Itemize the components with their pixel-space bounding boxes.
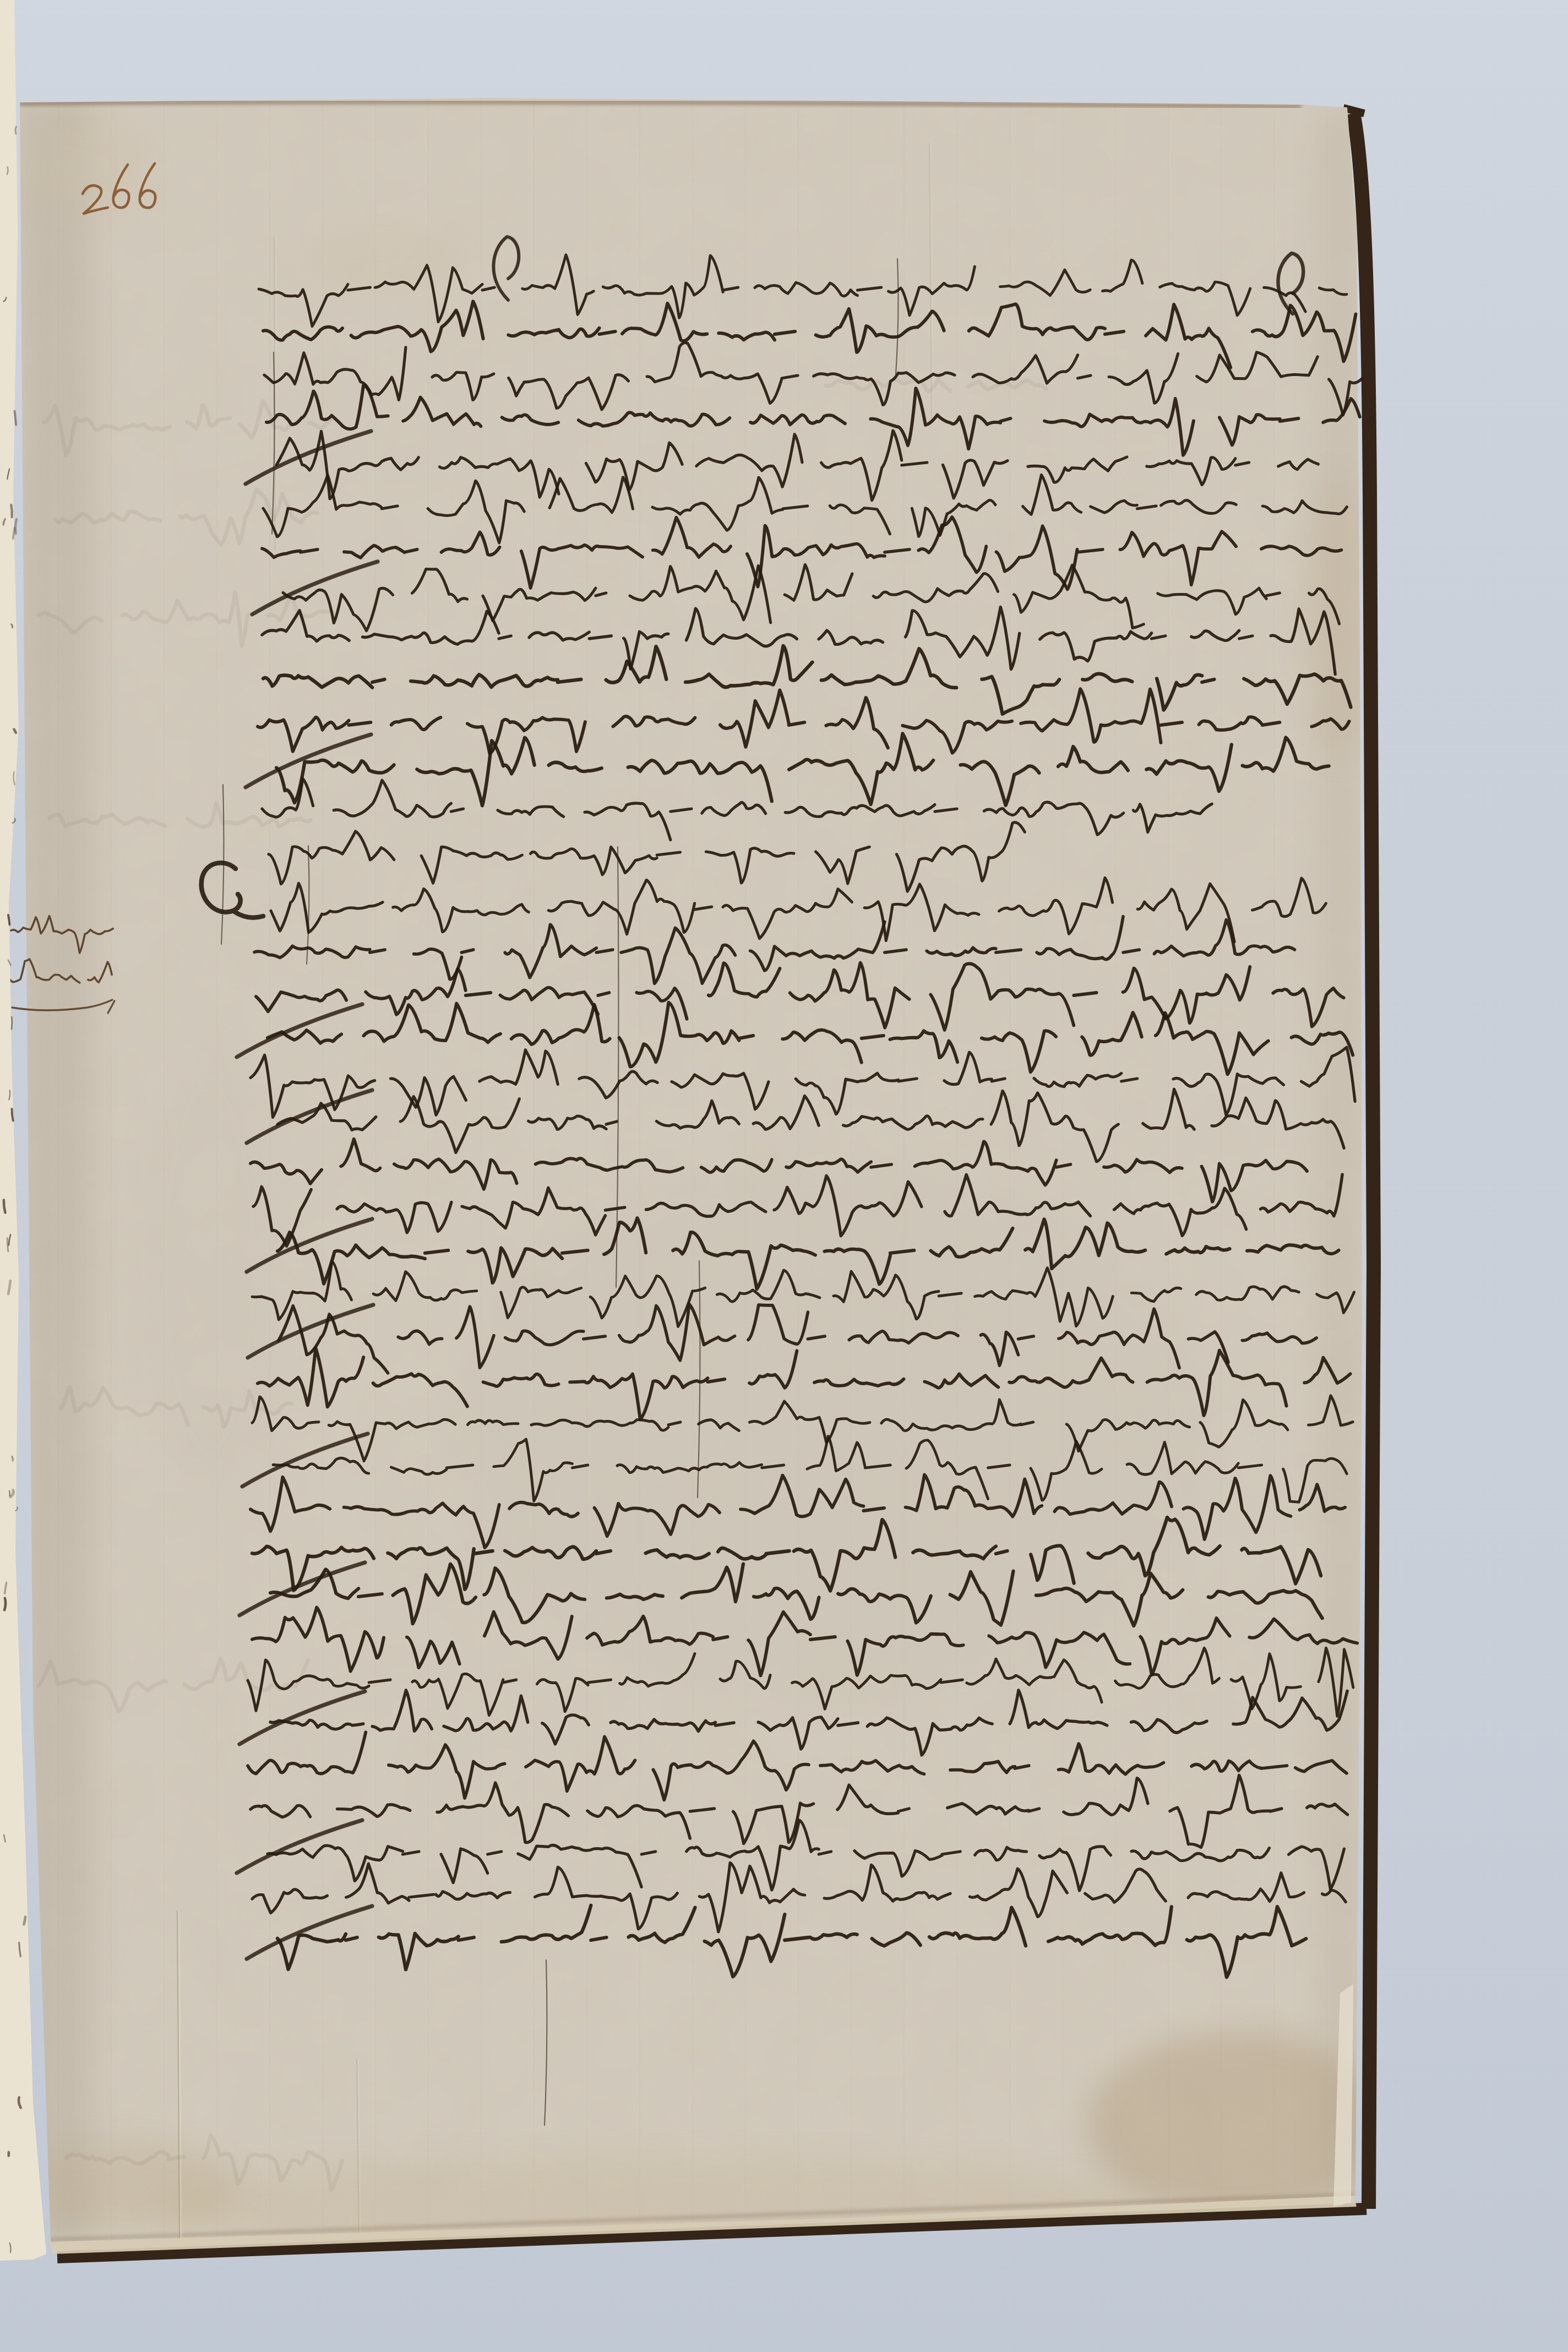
fore-edge-ink-mark (15, 127, 17, 134)
fore-edge-ink-mark (12, 1457, 13, 1461)
photograph: Photograph of an early-modern bound manu… (0, 0, 1568, 2352)
paper-crease-highlight (276, 237, 277, 551)
fore-edge-ink-mark (4, 1598, 6, 1610)
fore-edge-ink-mark (12, 1109, 13, 1121)
fore-edge-ink-mark (15, 519, 17, 533)
fore-edge-ink-mark (15, 411, 17, 425)
paper-surface-effects (0, 0, 1568, 2352)
paper-stain (440, 1156, 1211, 1707)
paper-stain (132, 1035, 286, 1498)
right-edge-shading (1319, 110, 1363, 2202)
fore-edge-ink-mark (11, 505, 12, 517)
fore-edge-ink-mark (12, 1017, 12, 1029)
manuscript-photo-scene: Bouilloy 266 (0, 0, 1568, 2352)
fore-edge-ink-mark (8, 915, 10, 925)
fore-edge-ink-mark (9, 1491, 10, 1496)
fore-edge-ink-mark (14, 729, 16, 733)
fore-edge-ink-mark (7, 1238, 8, 1252)
fore-edge-ink-mark (24, 1917, 25, 1925)
